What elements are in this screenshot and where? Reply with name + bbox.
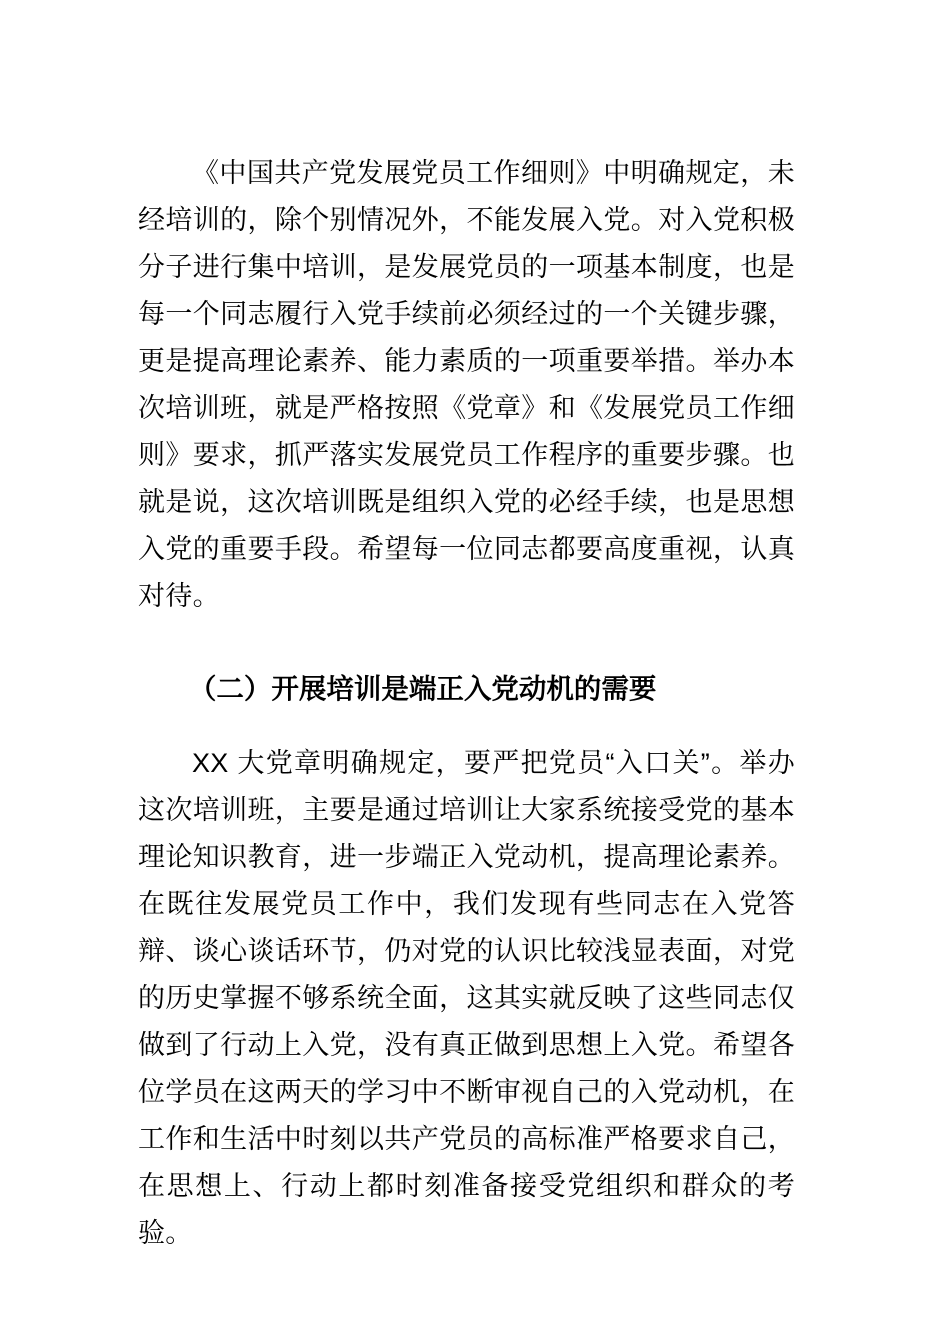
- document-page: 《中国共产党发展党员工作细则》中明确规定，未经培训的，除个别情况外，不能发展入党…: [0, 0, 950, 1344]
- paragraph-training-requirement: 《中国共产党发展党员工作细则》中明确规定，未经培训的，除个别情况外，不能发展入党…: [138, 150, 795, 620]
- paragraph-motivation: XX 大党章明确规定，要严把党员“入口关”。举办这次培训班，主要是通过培训让大家…: [138, 740, 795, 1257]
- section-heading: （二）开展培训是端正入党动机的需要: [138, 665, 795, 712]
